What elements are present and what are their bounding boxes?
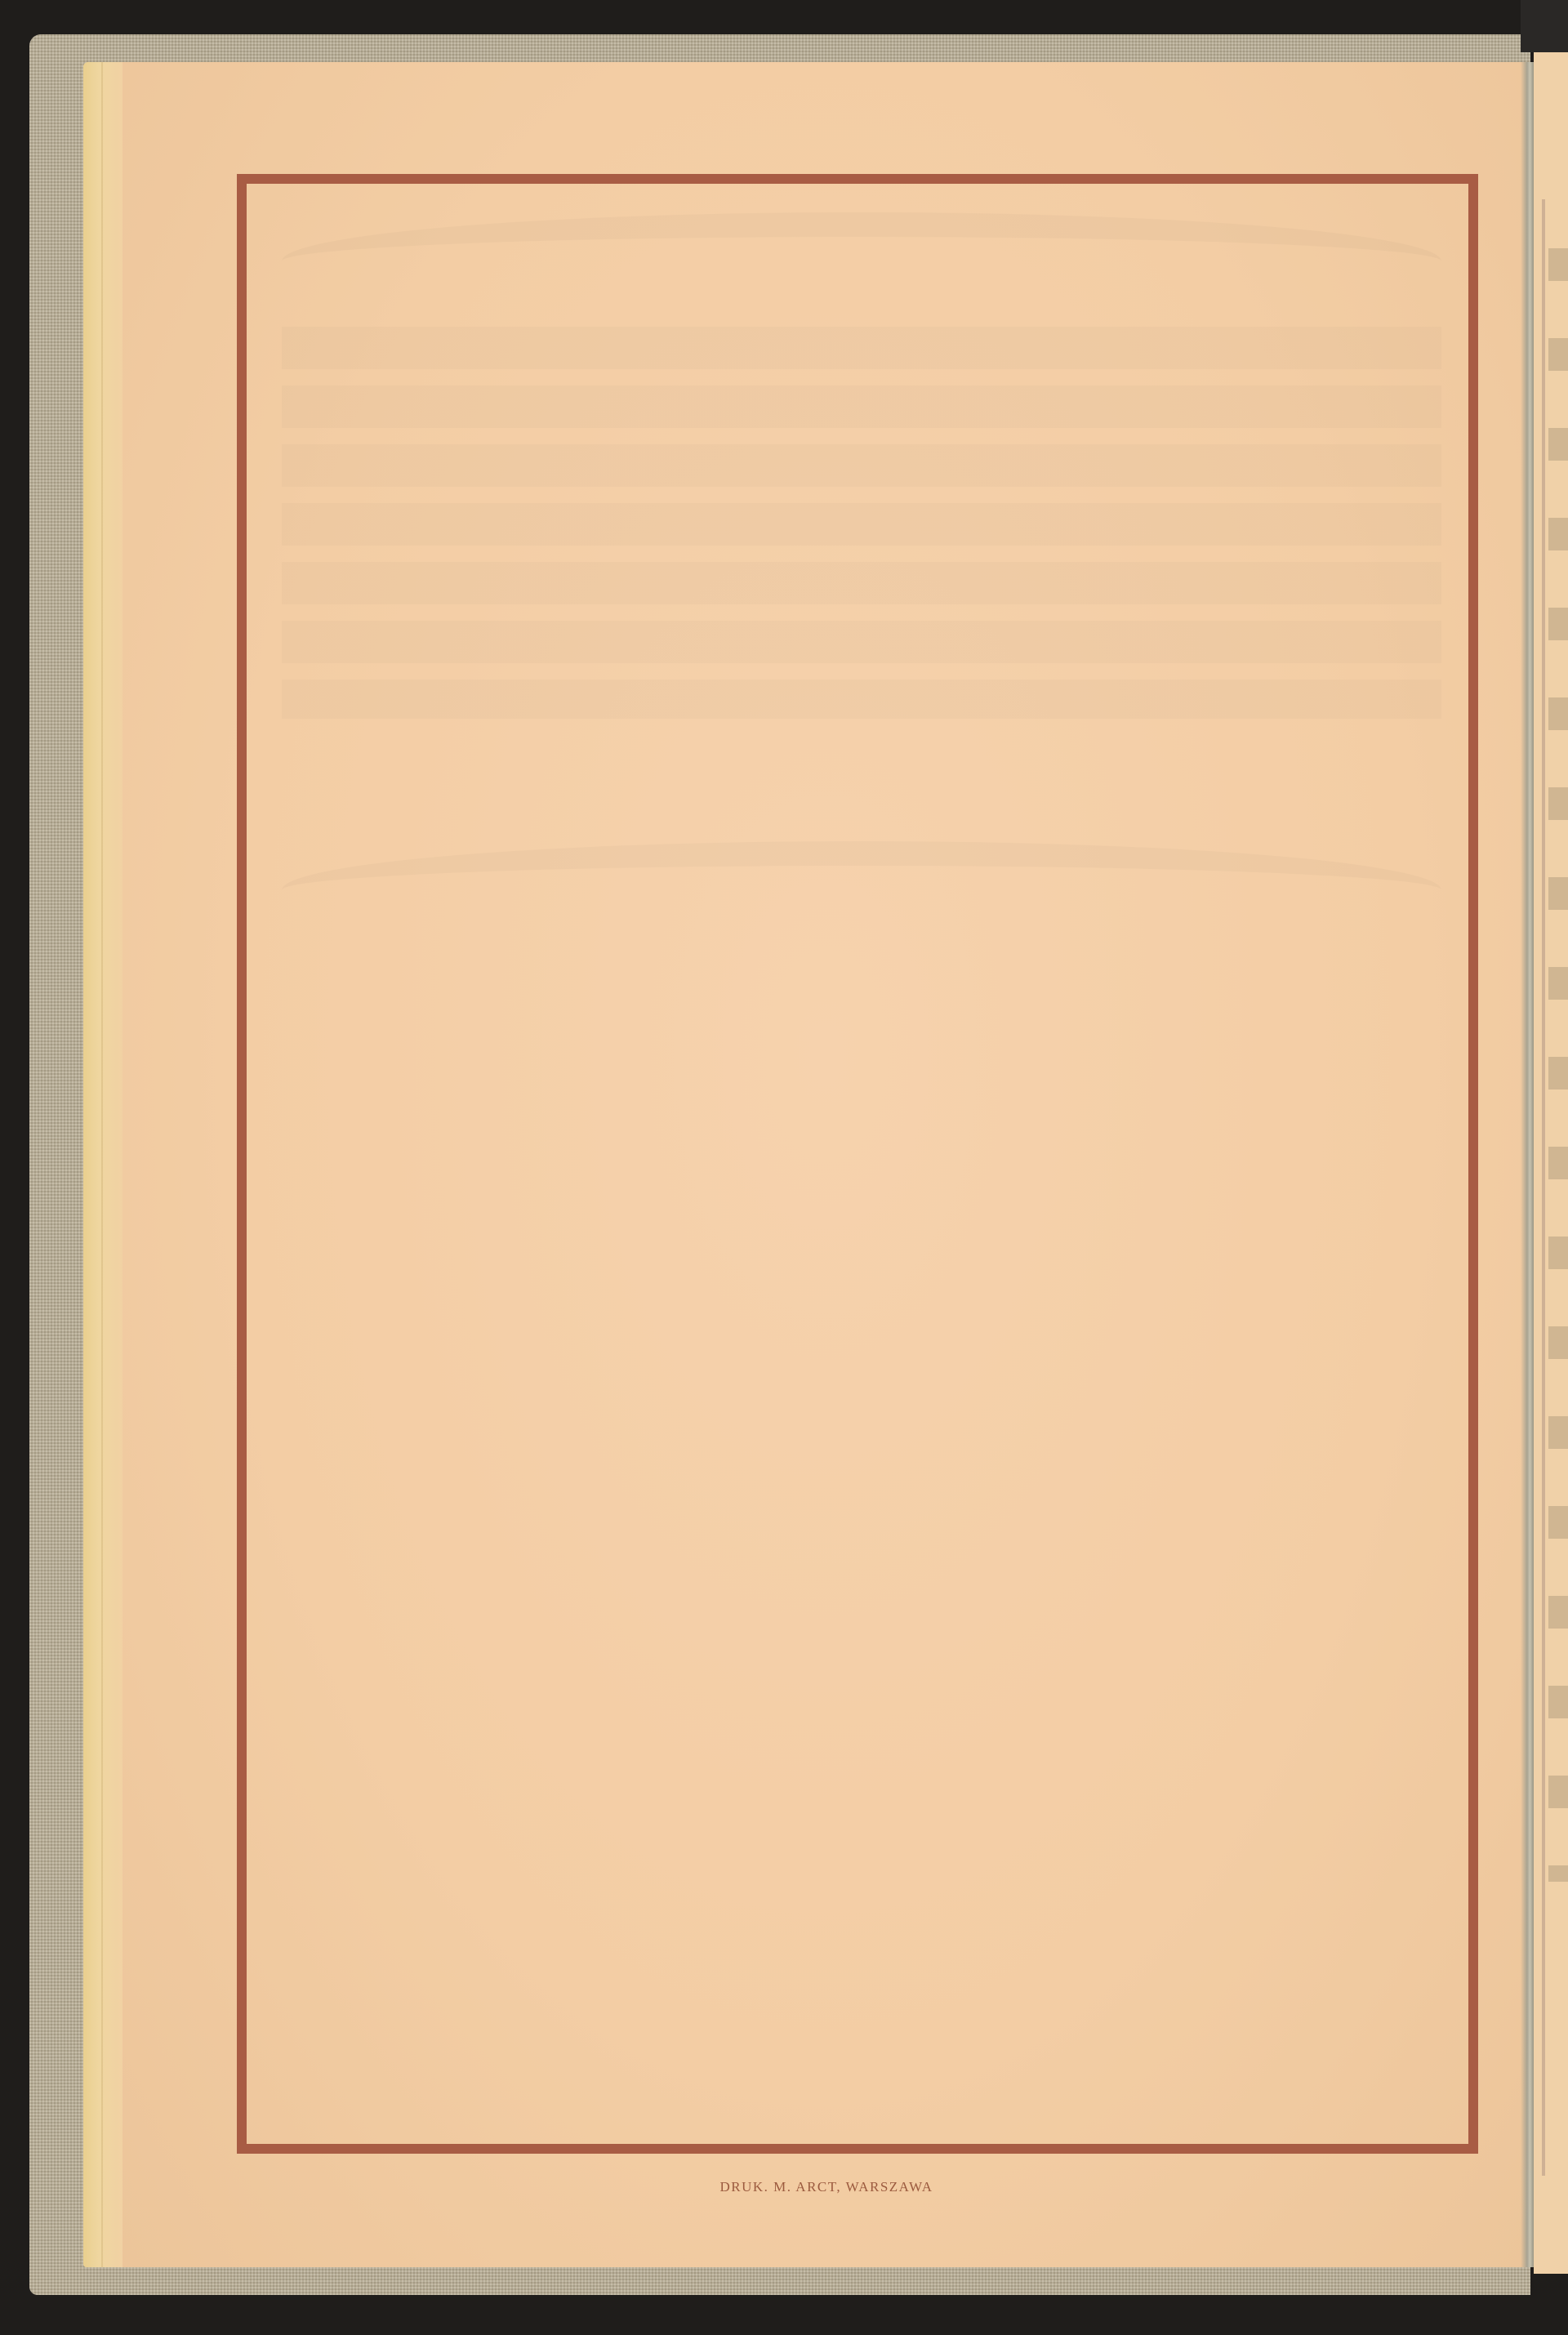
facing-page-lettering [1548, 248, 1568, 1882]
page-edges [83, 62, 122, 2267]
facing-page-edge [1534, 52, 1568, 2274]
printer-imprint: DRUK. M. ARCT, WARSZAWA [122, 2179, 1530, 2195]
book-gutter [1521, 62, 1534, 2267]
printed-page-border [237, 174, 1478, 2154]
background-edge [1521, 0, 1568, 52]
